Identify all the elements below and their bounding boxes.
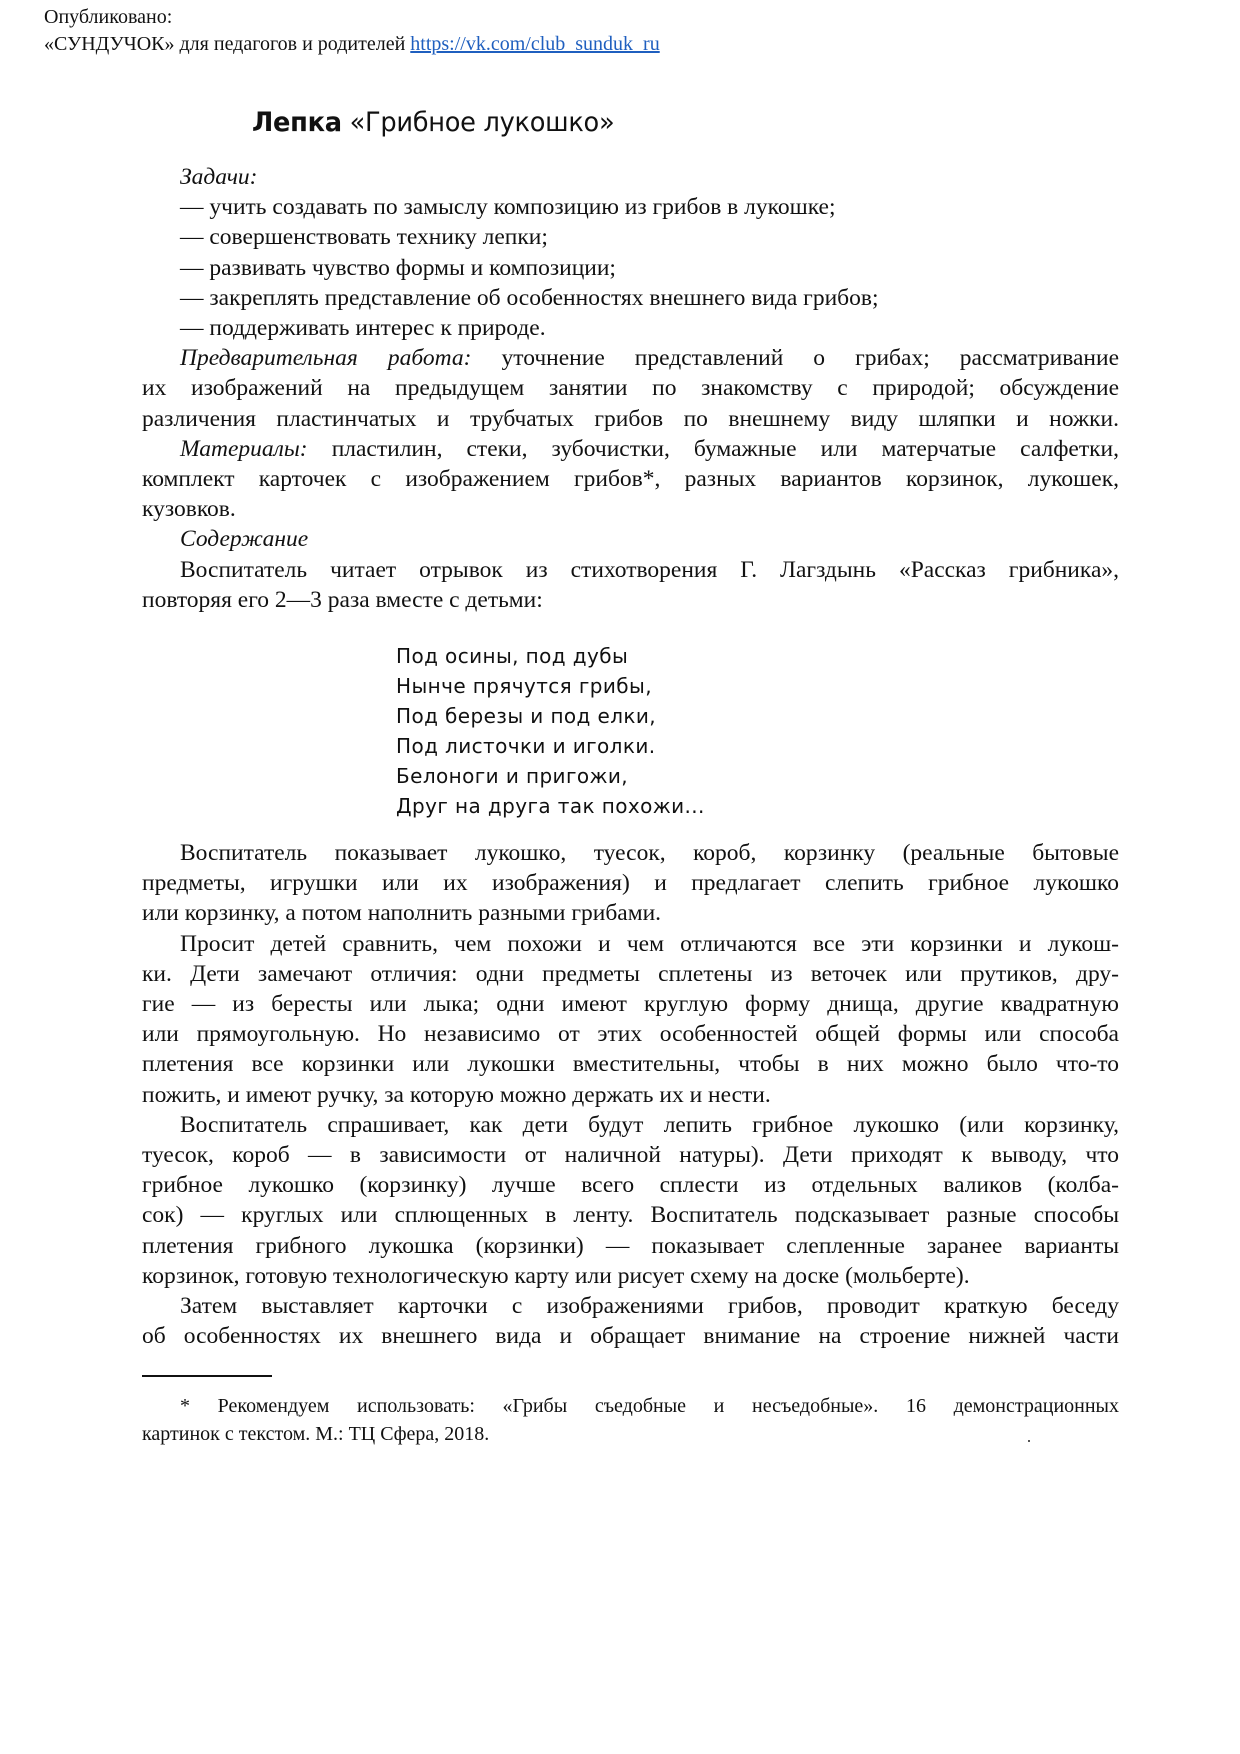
- lesson-body-continued: Воспитатель показывает лукошко, туесок, …: [142, 838, 1119, 1351]
- poem-line: Под листочки и иголки.: [396, 731, 705, 761]
- publication-header: Опубликовано: «СУНДУЧОК» для педагогов и…: [44, 4, 660, 58]
- poem-line: Нынче прячутся грибы,: [396, 671, 705, 701]
- content-intro-line: Воспитатель читает отрывок из стихотворе…: [142, 555, 1119, 585]
- preliminary-line: их изображений на предыдущем занятии по …: [142, 373, 1119, 403]
- materials-line: кузовков.: [142, 494, 1119, 524]
- poem-line: Друг на друга так похожи...: [396, 791, 705, 821]
- task-item: — поддерживать интерес к природе.: [142, 313, 1119, 343]
- preliminary-line: различения пластинчатых и трубчатых гриб…: [142, 404, 1119, 434]
- task-item: — совершенствовать технику лепки;: [142, 222, 1119, 252]
- tasks-label: Задачи:: [142, 162, 1119, 192]
- materials-line: комплект карточек с изображением грибов*…: [142, 464, 1119, 494]
- footnote-divider: [142, 1375, 272, 1377]
- page-title: Лепка «Грибное лукошко»: [252, 106, 614, 140]
- published-label: Опубликовано:: [44, 4, 660, 31]
- source-link[interactable]: https://vk.com/club_sunduk_ru: [410, 33, 659, 55]
- materials-line: Материалы: пластилин, стеки, зубочистки,…: [142, 434, 1119, 464]
- preliminary-line: Предварительная работа: уточнение предст…: [142, 343, 1119, 373]
- poem-line: Белоноги и пригожи,: [396, 761, 705, 791]
- poem-line: Под осины, под дубы: [396, 641, 705, 671]
- paragraph: Воспитатель показывает лукошко, туесок, …: [142, 838, 1119, 929]
- title-rest: «Грибное лукошко»: [342, 107, 615, 138]
- content-label: Содержание: [142, 524, 1119, 554]
- paragraph: Воспитатель спрашивает, как дети будут л…: [142, 1110, 1119, 1291]
- source-text: «СУНДУЧОК» для педагогов и родителей: [44, 33, 405, 55]
- paragraph: Затем выставляет карточки с изображениям…: [142, 1291, 1119, 1351]
- footnote-line: картинок с текстом. М.: ТЦ Сфера, 2018.: [142, 1420, 1119, 1448]
- footnote: * Рекомендуем использовать: «Грибы съедо…: [142, 1392, 1119, 1448]
- footnote-line: * Рекомендуем использовать: «Грибы съедо…: [142, 1392, 1119, 1420]
- task-item: — закреплять представление об особенност…: [142, 283, 1119, 313]
- lesson-body: Задачи: — учить создавать по замыслу ком…: [142, 162, 1119, 615]
- task-item: — учить создавать по замыслу композицию …: [142, 192, 1119, 222]
- materials-label: Материалы:: [180, 436, 308, 462]
- paragraph: Просит детей сравнить, чем похожи и чем …: [142, 929, 1119, 1110]
- preliminary-label: Предварительная работа:: [180, 345, 471, 371]
- content-intro-line: повторяя его 2—3 раза вместе с детьми:: [142, 585, 1119, 615]
- poem-line: Под березы и под елки,: [396, 701, 705, 731]
- source-line: «СУНДУЧОК» для педагогов и родителей htt…: [44, 31, 660, 58]
- title-bold: Лепка: [252, 107, 342, 138]
- task-item: — развивать чувство формы и композиции;: [142, 253, 1119, 283]
- scan-speck: [1028, 1440, 1030, 1442]
- poem-excerpt: Под осины, под дубы Нынче прячутся грибы…: [396, 641, 705, 821]
